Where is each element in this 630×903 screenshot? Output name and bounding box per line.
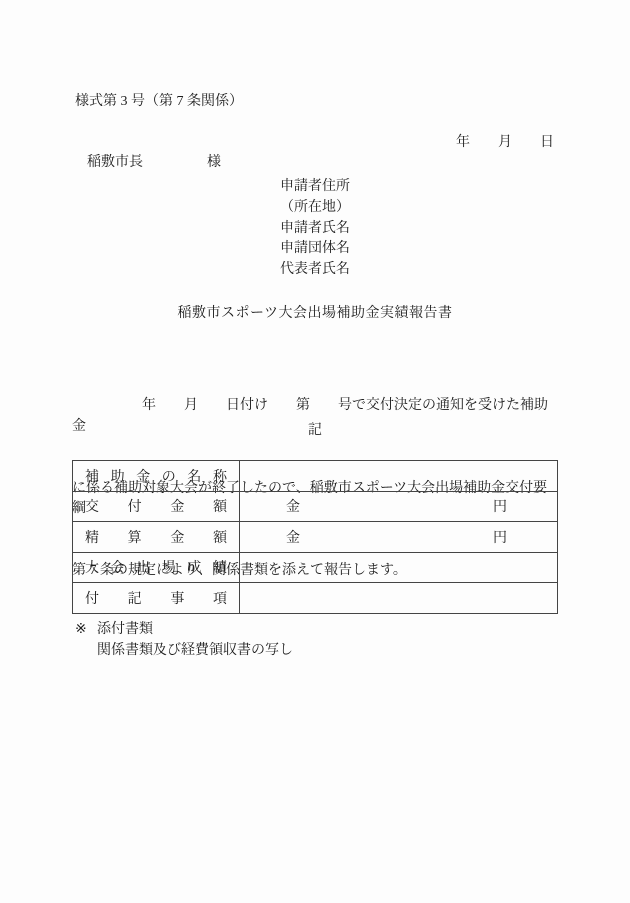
row-value-cell: 金 円 xyxy=(240,522,558,553)
attachments-note: ※ 添付書類 関係書類及び経費領収書の写し xyxy=(75,619,293,661)
row-label: 大会出場成績 xyxy=(73,552,240,583)
table-row-additional-notes: 付記事項 xyxy=(73,583,558,614)
table-row-subsidy-name: 補助金の名称 xyxy=(73,461,558,492)
applicant-block: 申請者住所 （所在地） 申請者氏名 申請団体名 代表者氏名 xyxy=(280,177,350,281)
row-value-cell: 金 円 xyxy=(240,491,558,522)
amount-suffix: 円 xyxy=(493,527,507,547)
applicant-organization-label: 申請団体名 xyxy=(280,239,350,260)
addressee-line: 稲敷市長様 xyxy=(87,151,221,171)
row-value-cell xyxy=(240,461,558,492)
applicant-location-label: （所在地） xyxy=(280,198,350,219)
row-label: 補助金の名称 xyxy=(73,461,240,492)
representative-name-label: 代表者氏名 xyxy=(280,260,350,281)
date-line: 年 月 日 xyxy=(72,131,554,151)
ki-marker: 記 xyxy=(0,419,630,439)
applicant-name-label: 申請者氏名 xyxy=(280,219,350,240)
row-label: 交付金額 xyxy=(73,491,240,522)
amount-suffix: 円 xyxy=(493,496,507,516)
addressee-name: 稲敷市長 xyxy=(87,155,143,170)
row-label: 精算金額 xyxy=(73,522,240,553)
table-row-tournament-results: 大会出場成績 xyxy=(73,552,558,583)
note-title: 添付書類 xyxy=(97,619,153,640)
amount-prefix: 金 xyxy=(286,496,300,516)
note-symbol: ※ xyxy=(75,619,97,640)
document-title: 稲敷市スポーツ大会出場補助金実績報告書 xyxy=(0,302,630,322)
row-value-cell xyxy=(240,583,558,614)
report-table: 補助金の名称 交付金額 金 円 精算金額 金 円 xyxy=(72,460,558,614)
row-value-cell xyxy=(240,552,558,583)
addressee-honorific: 様 xyxy=(207,155,221,170)
table-row-settlement-amount: 精算金額 金 円 xyxy=(73,522,558,553)
applicant-address-label: 申請者住所 xyxy=(280,177,350,198)
row-label: 付記事項 xyxy=(73,583,240,614)
note-detail: 関係書類及び経費領収書の写し xyxy=(75,640,293,661)
document-page: 様式第 3 号（第 7 条関係） 年 月 日 稲敷市長様 申請者住所 （所在地）… xyxy=(0,0,630,903)
amount-prefix: 金 xyxy=(286,527,300,547)
table-row-grant-amount: 交付金額 金 円 xyxy=(73,491,558,522)
form-number: 様式第 3 号（第 7 条関係） xyxy=(75,90,243,110)
